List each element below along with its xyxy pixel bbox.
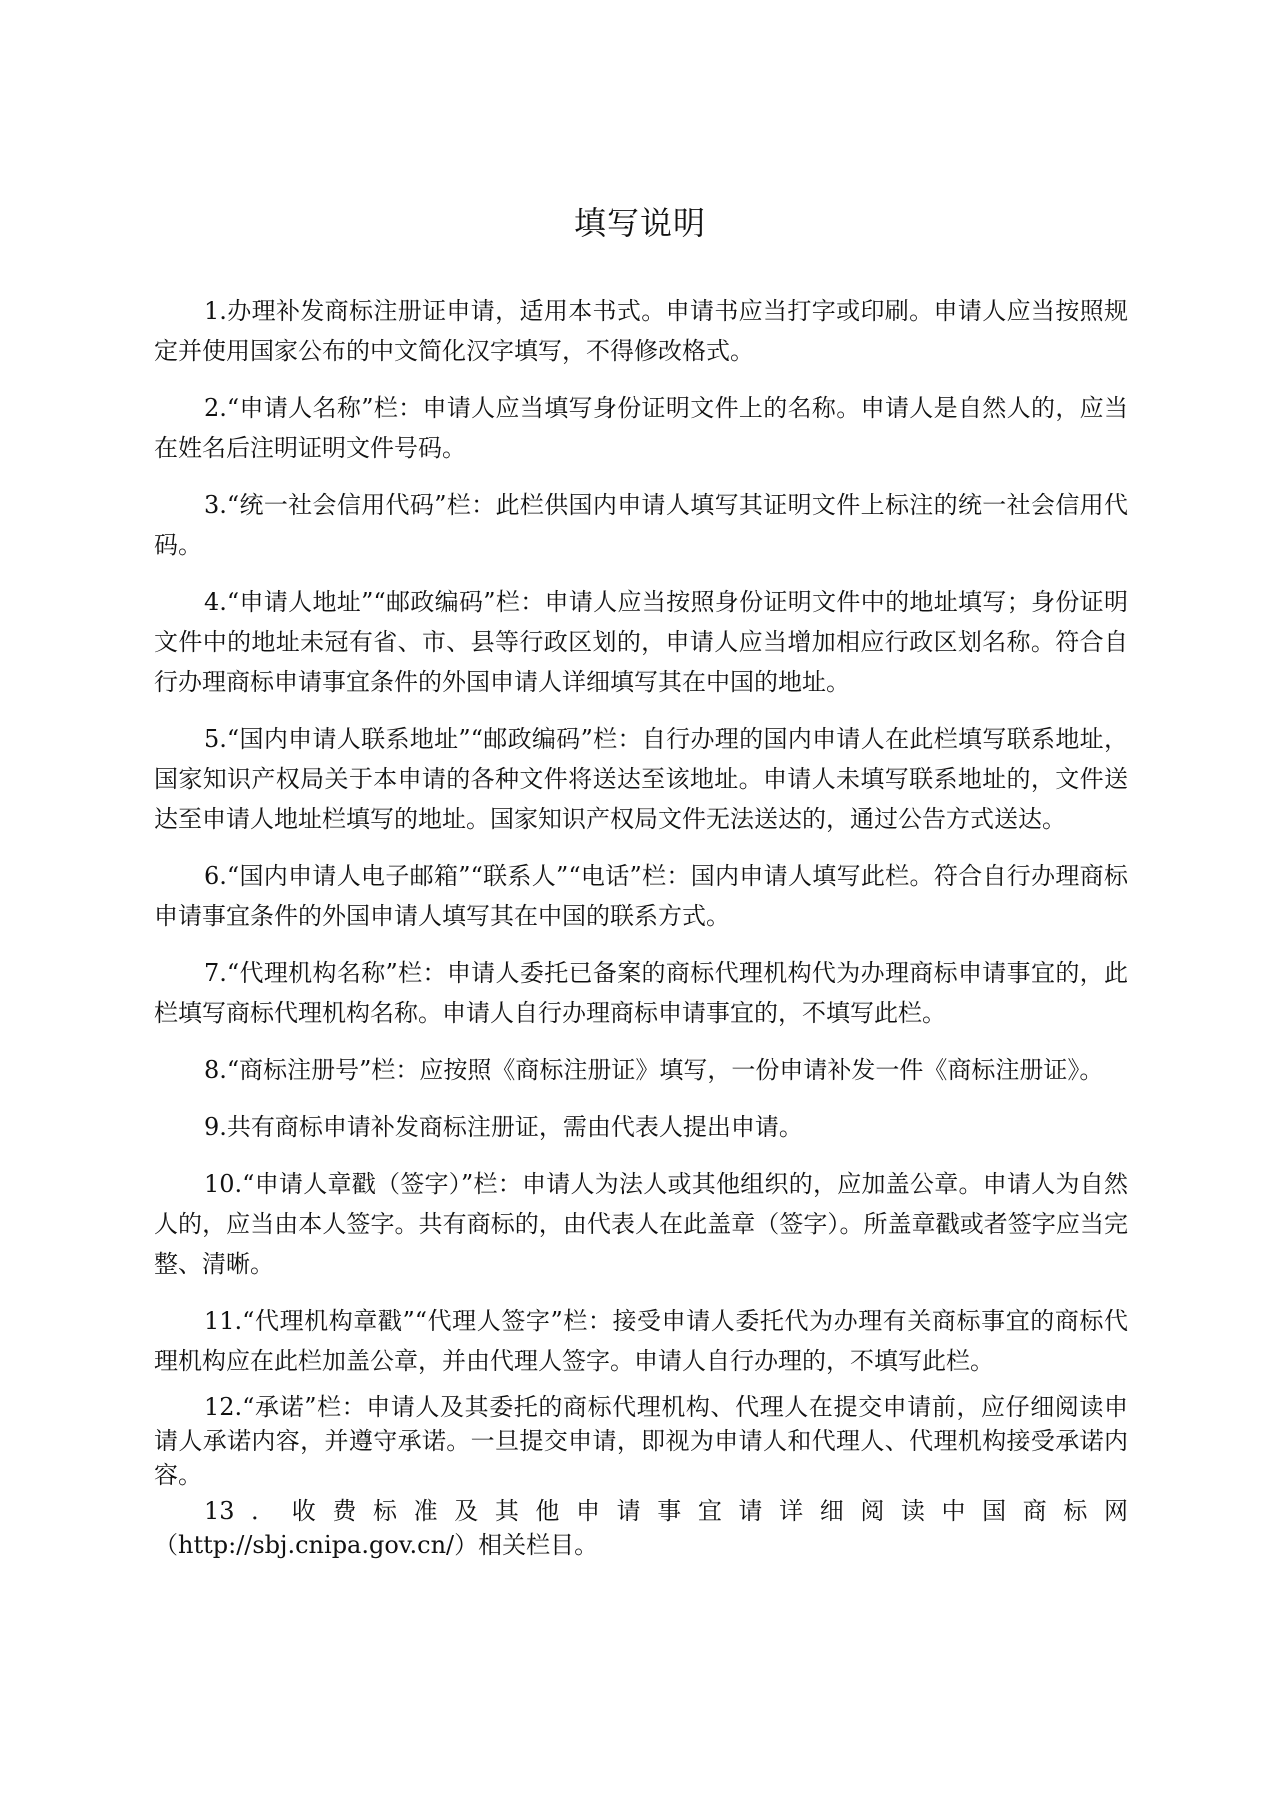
paragraph-13-line-1: 13．收费标准及其他申请事宜请详细阅读中国商标网 bbox=[154, 1494, 1128, 1528]
page-title: 填写说明 bbox=[0, 201, 1280, 245]
instruction-paragraph-10: 10.“申请人章戳（签字）”栏：申请人为法人或其他组织的，应加盖公章。申请人为自… bbox=[154, 1164, 1128, 1284]
document-page: 填写说明 1.办理补发商标注册证申请，适用本书式。申请书应当打字或印刷。申请人应… bbox=[0, 0, 1280, 1810]
instruction-paragraph-2: 2.“申请人名称”栏：申请人应当填写身份证明文件上的名称。申请人是自然人的，应当… bbox=[154, 388, 1128, 468]
instruction-paragraph-8: 8.“商标注册号”栏：应按照《商标注册证》填写，一份申请补发一件《商标注册证》。 bbox=[154, 1050, 1128, 1090]
instruction-paragraph-4: 4.“申请人地址”“邮政编码”栏：申请人应当按照身份证明文件中的地址填写；身份证… bbox=[154, 582, 1128, 702]
instruction-paragraph-9: 9.共有商标申请补发商标注册证，需由代表人提出申请。 bbox=[154, 1107, 1128, 1147]
instruction-paragraph-6: 6.“国内申请人电子邮箱”“联系人”“电话”栏：国内申请人填写此栏。符合自行办理… bbox=[154, 856, 1128, 936]
instruction-paragraph-12: 12.“承诺”栏：申请人及其委托的商标代理机构、代理人在提交申请前，应仔细阅读申… bbox=[154, 1390, 1128, 1492]
instruction-paragraph-3: 3.“统一社会信用代码”栏：此栏供国内申请人填写其证明文件上标注的统一社会信用代… bbox=[154, 485, 1128, 565]
instruction-paragraph-1: 1.办理补发商标注册证申请，适用本书式。申请书应当打字或印刷。申请人应当按照规定… bbox=[154, 291, 1128, 371]
instruction-paragraph-13: 13．收费标准及其他申请事宜请详细阅读中国商标网 （http://sbj.cni… bbox=[154, 1494, 1128, 1562]
instruction-paragraph-5: 5.“国内申请人联系地址”“邮政编码”栏：自行办理的国内申请人在此栏填写联系地址… bbox=[154, 719, 1128, 839]
instruction-paragraph-11: 11.“代理机构章戳”“代理人签字”栏：接受申请人委托代为办理有关商标事宜的商标… bbox=[154, 1301, 1128, 1381]
instructions-body: 1.办理补发商标注册证申请，适用本书式。申请书应当打字或印刷。申请人应当按照规定… bbox=[154, 291, 1128, 1564]
instruction-paragraph-7: 7.“代理机构名称”栏：申请人委托已备案的商标代理机构代为办理商标申请事宜的，此… bbox=[154, 953, 1128, 1033]
trademark-website-link-text: （http://sbj.cnipa.gov.cn/）相关栏目。 bbox=[154, 1528, 1128, 1562]
